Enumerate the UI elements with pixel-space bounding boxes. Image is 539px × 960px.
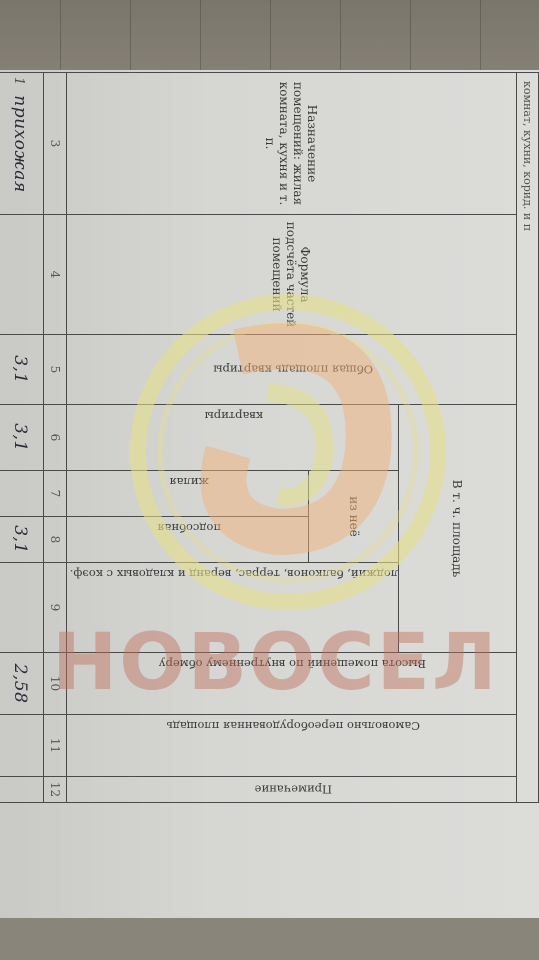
column-header-total-area: Общая площадь квартиры [66, 335, 516, 405]
column-header-loggias: лоджий, балконов, террас, веранд и кладо… [66, 563, 398, 653]
room-number: 1 [11, 77, 26, 85]
area-cell-auxiliary: 3,1 [0, 517, 43, 563]
area-value-auxiliary: 3,1 [10, 525, 30, 554]
table-surface-top [0, 0, 539, 72]
explication-form: комнат, кухни, корид. и п Назначение пом… [0, 72, 539, 802]
formula-cell [0, 215, 43, 335]
area-cell-total: 3,1 [0, 335, 43, 405]
area-value-total: 3,1 [10, 355, 30, 384]
column-header-purpose: Назначение помещений: жилая комната, кух… [66, 73, 516, 215]
area-cell-apartment: 3,1 [0, 405, 43, 471]
column-number: 11 [43, 715, 66, 777]
column-number: 5 [43, 335, 66, 405]
table-row: 1прихожая3,13,13,12,58 [0, 73, 43, 803]
area-value-apartment: 3,1 [10, 423, 30, 452]
header-fragment: комнат, кухни, корид. и п [517, 73, 539, 803]
loggia-cell [0, 563, 43, 653]
room-name-cell: 1прихожая [0, 73, 43, 215]
column-header-unauthorized: Самовольно переоборудованная площадь [66, 715, 516, 777]
column-number: 9 [43, 563, 66, 653]
column-number: 12 [43, 777, 66, 803]
column-number: 10 [43, 653, 66, 715]
room-name: прихожая [10, 95, 30, 192]
note-cell [0, 777, 43, 803]
column-number: 4 [43, 215, 66, 335]
column-header-formula: Формула подсчёта частей помещений [66, 215, 516, 335]
column-header-note: Примечание [66, 777, 516, 803]
column-header-living: жилая [66, 471, 309, 517]
column-number: 6 [43, 405, 66, 471]
group-header-including-area: В т. ч. площадь [399, 405, 517, 653]
column-header-height: Высота помещений по внутреннему обмеру [66, 653, 516, 715]
unauthorized-cell [0, 715, 43, 777]
table-surface-bottom [0, 918, 539, 960]
column-number: 7 [43, 471, 66, 517]
column-number: 8 [43, 517, 66, 563]
column-header-apartment: квартиры [66, 405, 398, 471]
area-cell-living [0, 471, 43, 517]
height-value: 2,58 [10, 664, 30, 704]
column-number: 3 [43, 73, 66, 215]
group-header-of-which: из неё [309, 471, 399, 563]
column-header-auxiliary: подсобная [66, 517, 309, 563]
height-cell: 2,58 [0, 653, 43, 715]
